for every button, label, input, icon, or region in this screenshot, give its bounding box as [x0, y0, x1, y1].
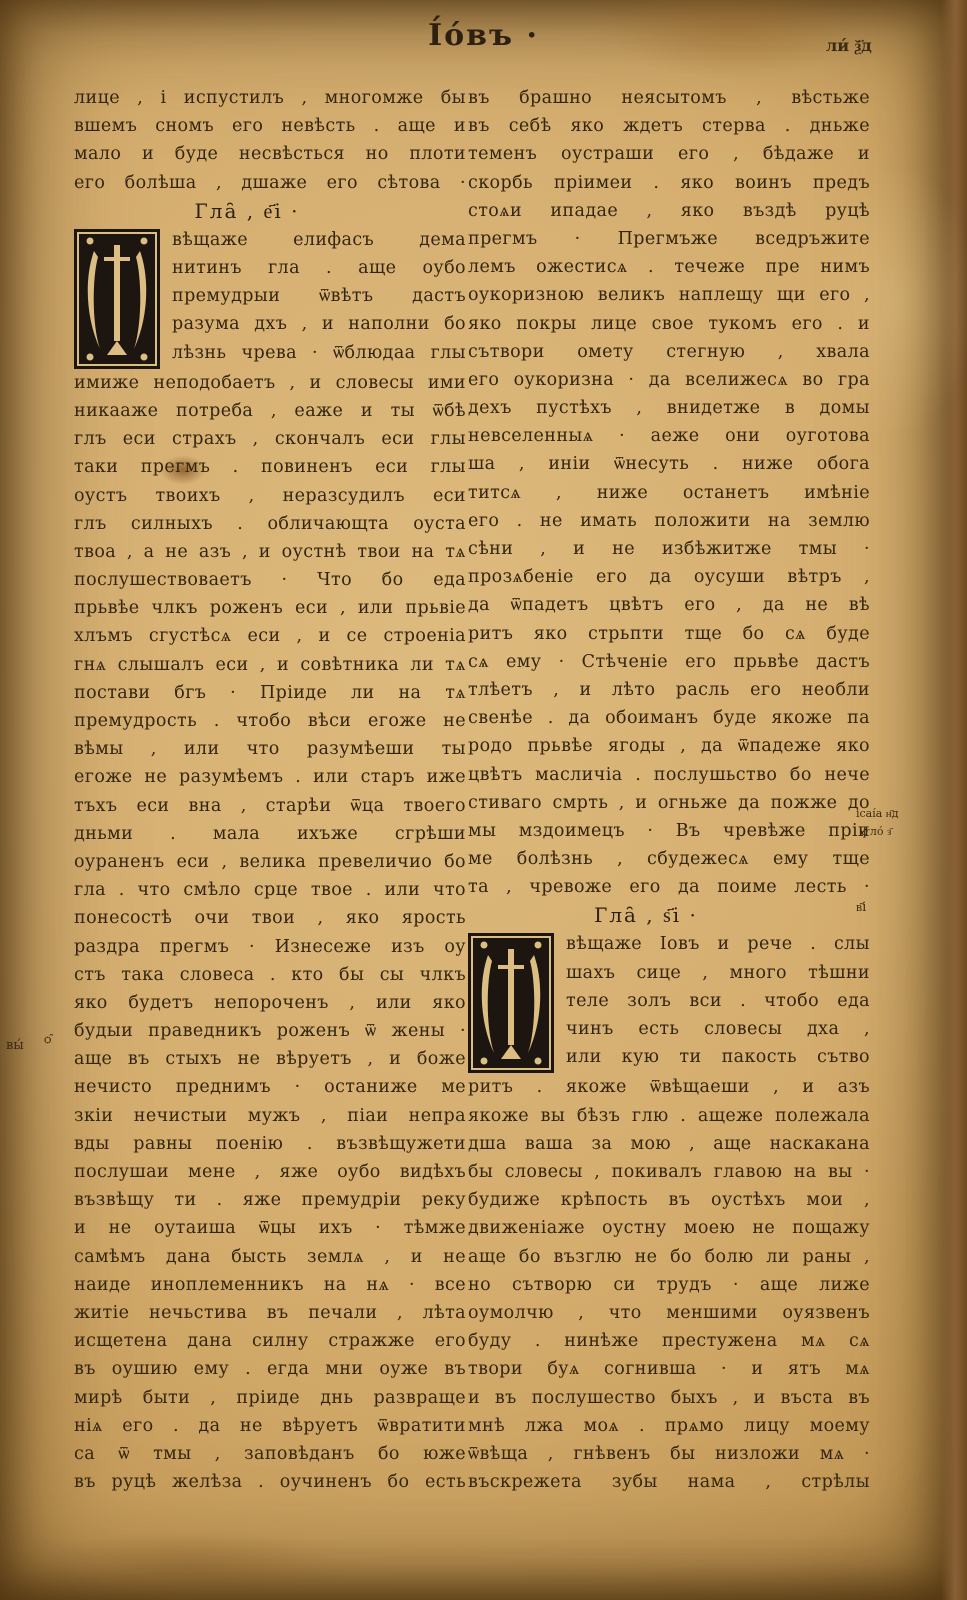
text-line: вды равны поенію . възвѣщужети	[74, 1130, 466, 1158]
text-line: родо прьвѣе ягоды , да ѿпадеже яко	[468, 732, 870, 760]
text-line: та , чревоже его да поиме лесть ·	[468, 873, 870, 901]
text-line: оураненъ еси , велика превеличио бо	[74, 848, 466, 876]
text-line: ніѧ его . да не вѣруетъ ѿвратити	[74, 1412, 466, 1440]
text-line: скорбь пріимеи . яко воинъ предъ	[468, 169, 870, 197]
text-line: свенѣе . да обоиманъ буде якоже па	[468, 704, 870, 732]
text-line: въ руцѣ желѣза . оучиненъ бо есть	[74, 1468, 466, 1496]
text-line: и въ послушество быхъ , и въста въ	[468, 1384, 870, 1412]
text-line: житіе нечьстива въ печали , лѣта	[74, 1299, 466, 1327]
left-text-column: лице , і испустилъ , многомже бывшемъ сн…	[74, 84, 466, 1496]
text-line: мало и буде несвѣсться но плоти	[74, 140, 466, 168]
text-line: сътвори омету стегную , хвала	[468, 338, 870, 366]
text-line: будыи праведникъ роженъ ѿ жены ·	[74, 1017, 466, 1045]
text-line: ѿвѣща , гнѣвенъ бы низложи мѧ ·	[468, 1440, 870, 1468]
margin-reference-isaiah: ісаі́а н҃д	[856, 806, 898, 821]
text-line: исщетена дана силну стражже его	[74, 1327, 466, 1355]
text-line: нечисто преднимъ · останиже ме	[74, 1073, 466, 1101]
text-line: нитинъ гла . аще оубо	[172, 254, 466, 282]
text-line: въ себѣ яко ждетъ стерва . дньже	[468, 112, 870, 140]
text-line: постави бгъ · Пріиде ли на тѧ	[74, 679, 466, 707]
text-line: лемъ ожестисѧ . течеже пре нимъ	[468, 253, 870, 281]
text-line: ша , иніи ѿнесуть . ниже обога	[468, 450, 870, 478]
text-line: дша ваша за мою , аще наскакана	[468, 1130, 870, 1158]
chapter-15-heading: Гла̑ , е҃і ·	[74, 197, 466, 226]
chapter-16-body: ритъ . якоже ѿвѣщаеши , и азъякоже вы бѣ…	[468, 1073, 870, 1496]
text-line: ме болѣзнь , сбудежесѧ ему тще	[468, 845, 870, 873]
left-intro-lines: лице , і испустилъ , многомже бывшемъ сн…	[74, 84, 466, 197]
text-line: движеніаже оустну моею не пощажу	[468, 1214, 870, 1242]
text-line: имиже неподобаетъ , и словесы ими	[74, 369, 466, 397]
text-line: послушаи мене , яже оубо видѣхъ	[74, 1158, 466, 1186]
text-line: глъ силныхъ . обличающта оуста	[74, 510, 466, 538]
text-line: възвѣщу ти . яже премудріи реку	[74, 1186, 466, 1214]
text-line: прозѧбеніе его да оусуши вѣтръ ,	[468, 563, 870, 591]
text-line: сѧ ему · Стѣченіе его прьвѣе дастъ	[468, 648, 870, 676]
text-line: аще въ стыхъ не вѣруетъ , и боже	[74, 1045, 466, 1073]
text-line: мнѣ лжа моѧ . прѧмо лицу моему	[468, 1412, 870, 1440]
text-line: премудрыи ѿвѣтъ дастъ	[172, 282, 466, 310]
text-line: сѣни , и не избѣжитже тмы ·	[468, 535, 870, 563]
text-line: вѣмы , или что разумѣеши ты	[74, 735, 466, 763]
stain	[40, 1530, 340, 1600]
text-line: невселенныѧ · аеже они оуготова	[468, 422, 870, 450]
folio-number: ли́ ѯ҃д	[826, 36, 872, 56]
text-line: оустъ твоихъ , неразсудилъ еси	[74, 482, 466, 510]
text-line: лѣзнь чрева · ѿблюдаа глы	[172, 339, 466, 367]
text-line: оукоризною великъ наплещу щи его ,	[468, 281, 870, 309]
text-line: твоа , а не азъ , и оустнѣ твои на тѧ	[74, 538, 466, 566]
text-line: вѣщаже Іовъ и рече . слы	[566, 930, 870, 958]
text-line: но сътворю си трудъ · аще лиже	[468, 1271, 870, 1299]
book-page-scan: І́о́въ · ли́ ѯ҃д лице , і испустилъ , мн…	[0, 0, 967, 1600]
text-line: и не оутаиша ѿцы ихъ · тѣмже	[74, 1214, 466, 1242]
text-line: лице , і испустилъ , многомже бы	[74, 84, 466, 112]
text-line: премудрость . чтобо вѣси егоже не	[74, 707, 466, 735]
text-line: тъхъ еси вна , старѣи ѿца твоего	[74, 792, 466, 820]
text-line: оумолчю , что меншими оуязвенъ	[468, 1299, 870, 1327]
text-line: теле золъ вси . чтобо еда	[566, 987, 870, 1015]
text-line: са ѿ тмы , заповѣданъ бо юже	[74, 1440, 466, 1468]
woodcut-initial-icon	[468, 933, 554, 1073]
chapter-15-body: имиже неподобаетъ , и словесы иминикааже…	[74, 369, 466, 1497]
text-line: твори буѧ согнивша · и ятъ мѧ	[468, 1355, 870, 1383]
text-line: стоѧи ипадае , яко въздѣ руцѣ	[468, 197, 870, 225]
right-text-column: въ брашно неясытомъ , вѣстьжевъ себѣ яко…	[468, 84, 870, 1496]
margin-reference-psalm: ѱло́ з҃	[860, 824, 891, 839]
text-line: понесостѣ очи твои , яко ярость	[74, 904, 466, 932]
text-line: въскрежета зубы нама , стрѣлы	[468, 1468, 870, 1496]
text-line: да ѿпадетъ цвѣтъ его , да не вѣ	[468, 591, 870, 619]
text-line: никааже потреба , еаже и ты ѿбѣ	[74, 397, 466, 425]
text-line: яко будетъ непороченъ , или яко	[74, 989, 466, 1017]
text-line: будиже крѣпость въ оустѣхъ мои ,	[468, 1186, 870, 1214]
chapter-16-initial-lines: вѣщаже Іовъ и рече . слышахъ сице , мног…	[566, 930, 870, 1071]
running-title: І́о́въ ·	[0, 18, 967, 53]
text-line: прьвѣе члкъ роженъ еси , или прьвіе	[74, 594, 466, 622]
text-line: цвѣтъ масличіа . послушьство бо нече	[468, 761, 870, 789]
text-line: буду . нинѣже престужена мѧ сѧ	[468, 1327, 870, 1355]
text-line: вшемъ сномъ его невѣсть . аще и	[74, 112, 466, 140]
text-line: его болѣша , дшаже его сѣтова ·	[74, 169, 466, 197]
text-line: глъ еси страхъ , скончалъ еси глы	[74, 425, 466, 453]
text-line: егоже не разумѣемъ . или старъ иже	[74, 763, 466, 791]
text-line: его . не имать положити на землю	[468, 507, 870, 535]
text-line: раздра прегмъ · Изнесеже изъ оу	[74, 933, 466, 961]
text-line: дньми . мала ихъже сгрѣши	[74, 820, 466, 848]
text-line: мы мздоимецъ · Въ чревѣже пріи	[468, 817, 870, 845]
text-line: теменъ оустраши его , бѣдаже и	[468, 140, 870, 168]
text-line: стъ така словеса . кто бы сы члкъ	[74, 961, 466, 989]
chapter-16-opening: вѣщаже Іовъ и рече . слышахъ сице , мног…	[468, 930, 870, 1073]
text-line: прегмъ · Прегмъже вседръжите	[468, 225, 870, 253]
margin-left-mark: вы́	[6, 1038, 24, 1053]
text-line: въ оушию ему . егда мни оуже въ	[74, 1355, 466, 1383]
text-line: дехъ пустѣхъ , внидетже в домы	[468, 394, 870, 422]
text-line: аще бо възглю не бо болю ли раны ,	[468, 1243, 870, 1271]
text-line: яко покры лице свое тукомъ его . и	[468, 310, 870, 338]
woodcut-initial-icon	[74, 229, 160, 369]
text-line: ритъ . якоже ѿвѣщаеши , и азъ	[468, 1073, 870, 1101]
right-continuation-lines: въ брашно неясытомъ , вѣстьжевъ себѣ яко…	[468, 84, 870, 901]
text-line: или кую ти пакость сътво	[566, 1043, 870, 1071]
text-line: зкіи нечистыи мужъ , піаи непра	[74, 1102, 466, 1130]
text-line: наиде иноплеменникъ на нѧ · все	[74, 1271, 466, 1299]
text-line: гнѧ слышалъ еси , и совѣтника ли тѧ	[74, 651, 466, 679]
text-line: ритъ яко стрьпти тще бо сѧ буде	[468, 620, 870, 648]
text-line: самѣмъ дана бысть землѧ , и не	[74, 1243, 466, 1271]
text-line: тлѣетъ , и лѣто расль его необли	[468, 676, 870, 704]
margin-left-mark: ѻ̑	[44, 1032, 51, 1047]
text-line: титсѧ , ниже останетъ имѣніе	[468, 479, 870, 507]
text-line: въ брашно неясытомъ , вѣстьже	[468, 84, 870, 112]
text-line: бы словесы , покивалъ главою на вы ·	[468, 1158, 870, 1186]
text-line: таки прегмъ . повиненъ еси глы	[74, 453, 466, 481]
margin-chapter-mark: в҃і	[856, 900, 866, 915]
page-edge	[941, 0, 967, 1600]
text-line: шахъ сице , много тѣшни	[566, 959, 870, 987]
chapter-15-opening: вѣщаже елифасъ деманитинъ гла . аще оубо…	[74, 226, 466, 369]
text-line: мирѣ быти , пріиде днь развраще	[74, 1384, 466, 1412]
chapter-16-heading: Гла̑ , ѕ҃і ·	[468, 901, 870, 930]
text-line: разума дхъ , и наполни бо	[172, 310, 466, 338]
chapter-15-initial-lines: вѣщаже елифасъ деманитинъ гла . аще оубо…	[172, 226, 466, 367]
text-line: хлъмъ сгустѣсѧ еси , и се строеніа	[74, 622, 466, 650]
text-line: стиваго смрть , и огньже да пожже до	[468, 789, 870, 817]
text-line: его оукоризна · да вселижесѧ во гра	[468, 366, 870, 394]
text-line: якоже вы бѣзъ глю . ащеже полежала	[468, 1102, 870, 1130]
text-line: послушествоваетъ · Что бо еда	[74, 566, 466, 594]
text-line: чинъ есть словесы дха ,	[566, 1015, 870, 1043]
text-line: гла . что смѣло срце твое . или что	[74, 876, 466, 904]
text-line: вѣщаже елифасъ дема	[172, 226, 466, 254]
